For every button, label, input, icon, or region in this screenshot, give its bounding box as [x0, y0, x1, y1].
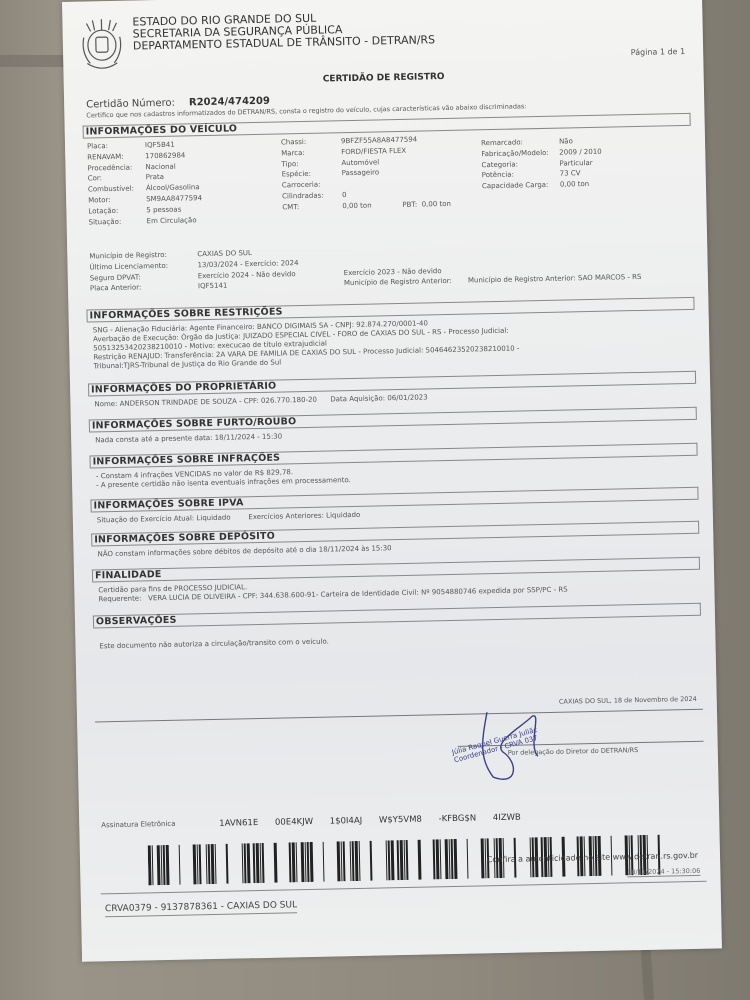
vehicle-col-3: Remarcado:NãoFabricação/Modelo:2009 / 20…	[481, 136, 603, 192]
signature-code: W$Y5VM8	[379, 815, 422, 826]
signature-code: 1$0I4AJ	[330, 816, 363, 827]
field-value: 170862984	[145, 151, 185, 160]
field-value: IQF5B41	[145, 141, 175, 150]
field-value: 2009 / 2010	[559, 148, 602, 157]
document-title: CERTIDÃO DE REGISTRO	[64, 67, 704, 90]
certificate-document: ESTADO DO RIO GRANDE DO SUL SECRETARIA D…	[62, 0, 722, 962]
field-row: Capacidade Carga:0,00 ton	[482, 179, 603, 192]
section-heading-text: INFORMAÇÕES SOBRE IPVA	[93, 497, 243, 511]
signature-code: 1AVN61E	[219, 818, 258, 829]
section-theft: INFORMAÇÕES SOBRE FURTO/ROUBO Nada const…	[89, 407, 697, 446]
place-and-date: CAXIAS DO SUL, 18 de Novembro de 2024	[559, 695, 697, 706]
section-deposit: INFORMAÇÕES SOBRE DEPÓSITO NÃO constam i…	[91, 521, 699, 560]
pbt-label: PBT:	[402, 201, 417, 209]
electronic-signature-label: Assinatura Eletrônica	[101, 820, 175, 830]
section-heading-text: FINALIDADE	[95, 569, 162, 581]
pbt-value: 0,00 ton	[422, 200, 451, 209]
vehicle-registration: Município de Registro:CAXIAS DO SULÚltim…	[89, 240, 641, 295]
acquisition-date: Data Aquisição: 06/01/2023	[330, 393, 428, 403]
field-label: CMT:	[282, 201, 342, 213]
field-extra: Município de Registro Anterior: SAO MARC…	[468, 273, 642, 285]
crva-id: CRVA0379 - 9137878361 - CAXIAS DO SUL	[105, 900, 297, 917]
divider	[95, 709, 703, 723]
field-value: 5 pessoas	[146, 205, 181, 214]
field-value: 73 CV	[560, 170, 581, 178]
field-value: 0	[342, 191, 347, 199]
certificate-number-label: Certidão Número:	[86, 98, 175, 111]
field-value: Nacional	[145, 162, 175, 171]
field-value: SM9AA8477594	[146, 194, 202, 203]
field-row: CMT:0,00 ton	[282, 199, 418, 213]
section-ipva: INFORMAÇÕES SOBRE IPVA Situação do Exerc…	[90, 487, 698, 526]
ipva-previous: Exercícios Anteriores: Liquidado	[248, 511, 360, 521]
vehicle-pbt: PBT: 0,00 ton	[402, 199, 451, 211]
field-value: Particular	[559, 159, 592, 168]
signature-codes: 1AVN61E 00E4KJW 1$0I4AJ W$Y5VM8 -KFBG$N …	[219, 813, 521, 829]
vehicle-col-1: Placa:IQF5B41RENAVAM:170862984Procedênci…	[87, 139, 203, 228]
section-owner: INFORMAÇÕES DO PROPRIETÁRIO Nome: ANDERS…	[88, 371, 696, 410]
field-label: Capacidade Carga:	[482, 180, 560, 192]
field-row: Situação:Em Circulação	[89, 215, 203, 228]
field-value: Prata	[146, 173, 164, 181]
field-value: 0,00 ton	[560, 180, 589, 189]
coat-of-arms-icon	[78, 17, 125, 74]
field-extra: Município de Registro Anterior:	[344, 276, 468, 289]
field-value: IQF5141	[198, 279, 344, 293]
field-value: Em Circulação	[147, 216, 197, 225]
page-indicator: Página 1 de 1	[631, 47, 686, 57]
field-value: Automóvel	[341, 158, 379, 167]
section-purpose: FINALIDADE Certidão para fins de PROCESS…	[92, 557, 701, 605]
issue-timestamp: 18/11/2024 - 15:30:06	[627, 867, 700, 878]
field-value: 0,00 ton	[342, 201, 371, 210]
signature-code: 00E4KJW	[275, 817, 313, 828]
field-value: Não	[559, 137, 573, 145]
section-heading-text: OBSERVAÇÕES	[96, 615, 177, 628]
field-value: FORD/FIESTA FLEX	[341, 147, 406, 156]
section-heading-text: INFORMAÇÕES DO VEÍCULO	[86, 123, 238, 137]
ipva-current: Situação do Exercício Atual: Liquidado	[97, 514, 231, 525]
requester-label: Requerente:	[98, 594, 141, 603]
field-value: Álcool/Gasolina	[146, 183, 200, 192]
section-restrictions: INFORMAÇÕES SOBRE RESTRIÇÕES SNG - Alien…	[86, 297, 695, 372]
certificate-number-value: R2024/474209	[189, 96, 270, 109]
section-infractions: INFORMAÇÕES SOBRE INFRAÇÕES - Constam 4 …	[90, 443, 699, 491]
section-observations: OBSERVAÇÕES Este documento não autoriza …	[93, 603, 702, 652]
signature-code: 4IZWB	[493, 813, 521, 824]
section-heading-text: INFORMAÇÕES SOBRE DEPÓSITO	[94, 531, 275, 546]
signature-code: -KFBG$N	[439, 814, 477, 825]
issuing-organization: ESTADO DO RIO GRANDE DO SUL SECRETARIA D…	[132, 10, 435, 52]
field-label: Situação:	[89, 216, 147, 228]
field-value: 9BFZF55A8A8477594	[341, 136, 417, 146]
field-value: Passageiro	[342, 169, 380, 178]
field-label: Placa Anterior:	[90, 282, 198, 295]
owner-name: Nome: ANDERSON TRINDADE DE SOUZA - CPF: …	[94, 396, 317, 409]
vehicle-col-2: Chassi:9BFZF55A8A8477594Marca:FORD/FIEST…	[281, 135, 419, 213]
